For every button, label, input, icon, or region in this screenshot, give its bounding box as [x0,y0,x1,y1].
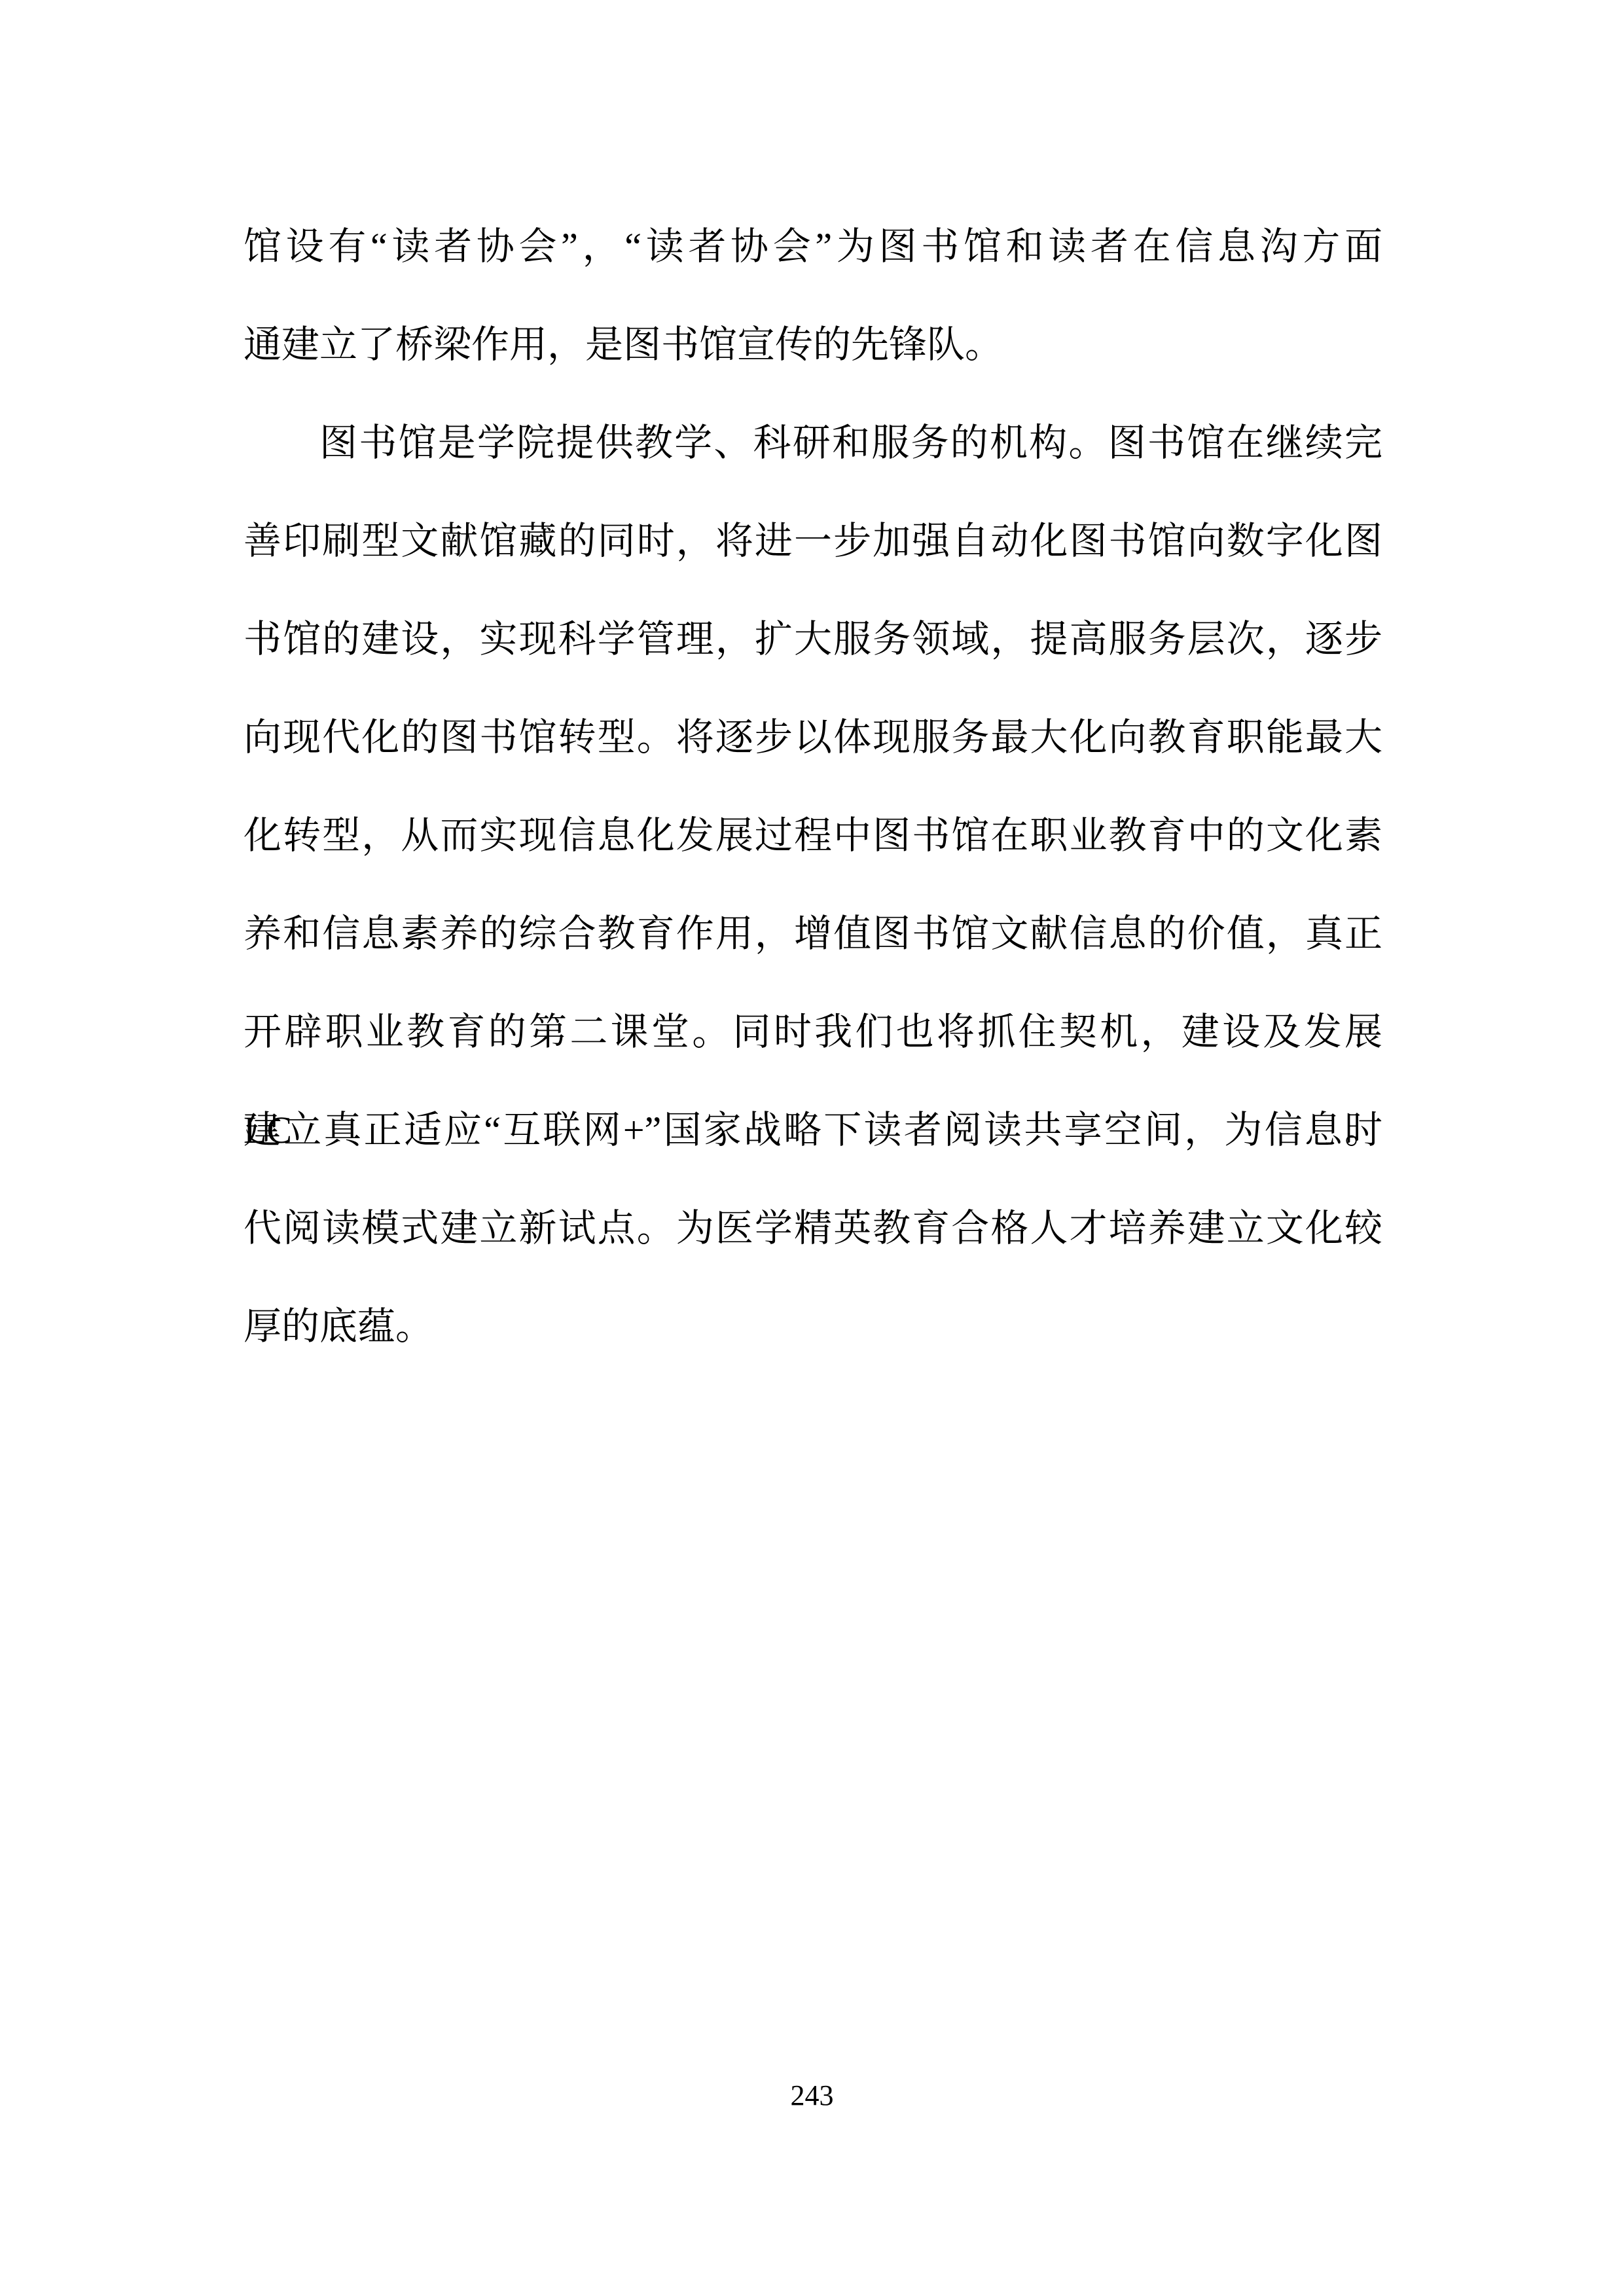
text-line: 养和信息素养的综合教育作用，增值图书馆文献信息的价值，真正 [244,885,1382,983]
page-number: 243 [791,2079,834,2111]
paragraph-first-line: 图书馆是学院提供教学、科研和服务的机构。图书馆在继续完 [244,394,1382,492]
page-footer: 243 [0,2076,1624,2115]
text-line: 代阅读模式建立新试点。为医学精英教育合格人才培养建立文化较 [244,1179,1382,1278]
text-line: 开辟职业教育的第二课堂。同时我们也将抓住契机，建设及发展 LC。 [244,983,1382,1081]
text-line: 馆设有“读者协会”，“读者协会”为图书馆和读者在信息沟方面 [244,198,1382,296]
document-page: 馆设有“读者协会”，“读者协会”为图书馆和读者在信息沟方面 通建立了桥梁作用，是… [0,0,1624,2296]
paragraph-last-line: 通建立了桥梁作用，是图书馆宣传的先锋队。 [244,296,1382,394]
text-line: 化转型，从而实现信息化发展过程中图书馆在职业教育中的文化素 [244,787,1382,885]
text-line: 向现代化的图书馆转型。将逐步以体现服务最大化向教育职能最大 [244,689,1382,787]
body-text: 馆设有“读者协会”，“读者协会”为图书馆和读者在信息沟方面 通建立了桥梁作用，是… [244,198,1382,1376]
paragraph-last-line: 厚的底蕴。 [244,1278,1382,1376]
text-line: 书馆的建设，实现科学管理，扩大服务领域，提高服务层次，逐步 [244,590,1382,689]
text-line: 善印刷型文献馆藏的同时，将进一步加强自动化图书馆向数字化图 [244,492,1382,590]
text-line: 建立真正适应“互联网+”国家战略下读者阅读共享空间，为信息时 [244,1081,1382,1179]
